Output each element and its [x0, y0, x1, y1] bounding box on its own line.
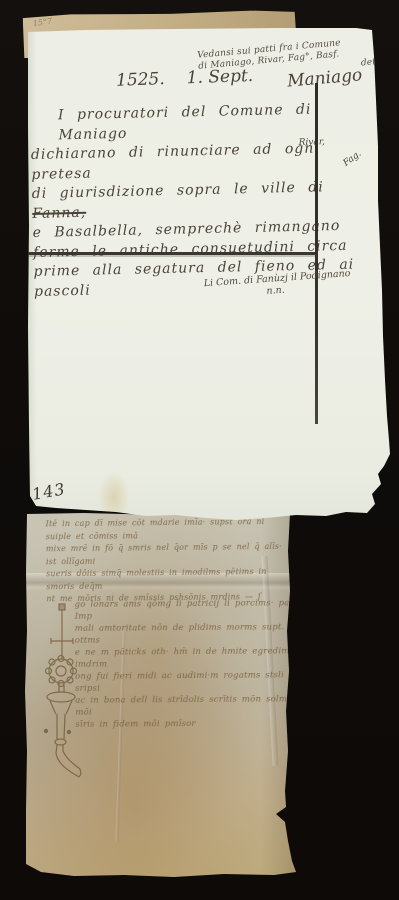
- white-document: Vedansi sui patti fra i Comune di Maniag…: [26, 26, 392, 522]
- heading-year: 1525.: [116, 69, 165, 91]
- page-number: 143: [31, 479, 67, 504]
- parchment-line: go lonars ams qōmg li patricij li porcim…: [75, 597, 300, 623]
- notary-sign-drawing: [38, 601, 102, 781]
- parchment-text-block-notarial: go lonars ams qōmg li patricij li porcim…: [75, 597, 301, 731]
- heading-date: 1. Sept.: [186, 66, 253, 88]
- archive-photo-background: 15°7 Itē in cap dī mise cōt mdarie imīa·…: [0, 0, 399, 900]
- parchment-line: Itē in cap dī mise cōt mdarie imīa· sups…: [46, 516, 292, 544]
- horizontal-ink-rule: [26, 252, 317, 255]
- vertical-ink-line: [315, 83, 318, 424]
- heading-place: Maniago: [287, 65, 364, 91]
- parchment-line: mali amtoritate nōn de plidims morms sup…: [75, 621, 300, 647]
- parchment-document: Itē in cap dī mise cōt mdarie imīa· sups…: [24, 511, 300, 883]
- parchment-line: sīris in fidem mōi pmīsor: [75, 717, 300, 731]
- parchment-line: sueris dōiis simq̄ molestiis in imodilms…: [46, 566, 292, 594]
- struck-word: Fanna,: [32, 204, 86, 221]
- parchment-line: e ne m pāticks oth· hm̄ in de hmite egre…: [75, 645, 300, 671]
- interlinear-insertion: Rivar,: [299, 133, 326, 153]
- parchment-text-block-upper: Itē in cap dī mise cōt mdarie imīa· sups…: [46, 516, 293, 606]
- date-heading: 1525. 1. Sept. Maniago: [116, 61, 387, 90]
- kraft-faint-mark: 15°7: [32, 16, 52, 28]
- parchment-line: ong fui fieri midi ac audimi·m rogatms s…: [75, 669, 300, 695]
- parchment-line: mixe mrē in fō q̄ smris nel q̄or mīs p s…: [46, 541, 292, 569]
- parchment-line: ac in bona dell lis strīdolis scrītis mō…: [75, 693, 300, 719]
